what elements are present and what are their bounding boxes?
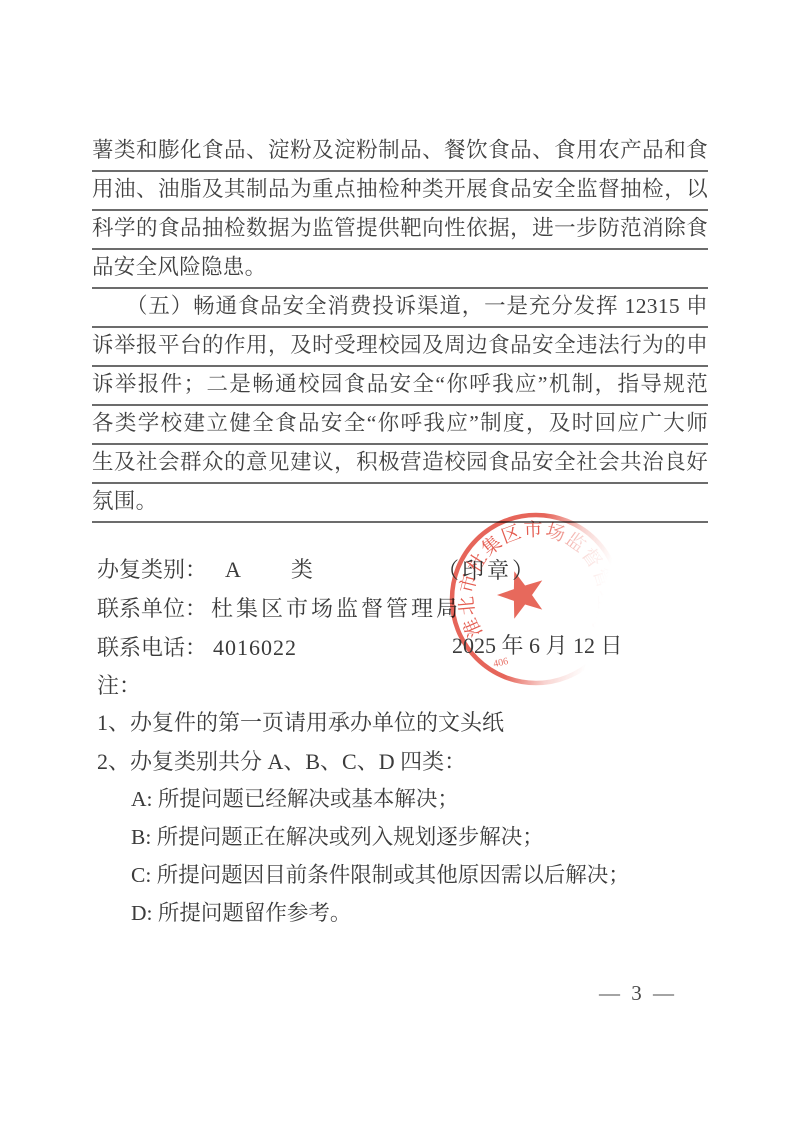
body-line: （五）畅通食品安全消费投诉渠道，一是充分发挥 12315 申 [92,289,708,328]
body-line: 各类学校建立健全食品安全“你呼我应”制度，及时回应广大师 [92,406,708,445]
contact-phone-value: 4016022 [213,635,297,660]
note-category-c: C: 所提问题因目前条件限制或其他原因需以后解决； [131,858,630,889]
reply-category-value: A [225,557,241,582]
document-page: 薯类和膨化食品、淀粉及淀粉制品、餐饮食品、食用农产品和食 用油、油脂及其制品为重… [0,0,793,1122]
contact-phone-row: 联系电话：4016022 [97,631,297,662]
page-number: — 3 — [599,981,677,1006]
body-text: 薯类和膨化食品、淀粉及淀粉制品、餐饮食品、食用农产品和食 用油、油脂及其制品为重… [92,133,708,523]
note-item-2: 2、办复类别共分 A、B、C、D 四类： [97,745,466,776]
seal-placeholder-note: （印章） [437,554,537,585]
contact-unit-row: 联系单位：杜集区市场监督管理局 [97,592,461,623]
note-category-b: B: 所提问题正在解决或列入规划逐步解决； [131,820,544,851]
official-seal: 淮北市杜集区市场监督管理局 406 [436,497,654,689]
contact-unit-label: 联系单位： [97,596,207,621]
reply-date: 2025 年 6 月 12 日 [452,629,623,660]
reply-category-row: 办复类别：A类 [97,553,313,584]
body-line: 诉举报平台的作用，及时受理校园及周边食品安全违法行为的申 [92,328,708,367]
body-line: 生及社会群众的意见建议，积极营造校园食品安全社会共治良好 [92,445,708,484]
note-category-a: A: 所提问题已经解决或基本解决； [131,782,459,813]
contact-unit-value: 杜集区市场监督管理局 [211,596,461,621]
reply-category-suffix: 类 [291,557,313,582]
body-line: 诉举报件；二是畅通校园食品安全“你呼我应”机制，指导规范 [92,367,708,406]
notes-heading: 注： [97,669,141,700]
note-item-1: 1、办复件的第一页请用承办单位的文头纸 [97,706,504,737]
body-line: 科学的食品抽检数据为监管提供靶向性依据，进一步防范消除食 [92,211,708,250]
reply-category-label: 办复类别： [97,557,207,582]
contact-phone-label: 联系电话： [97,635,207,660]
body-line: 薯类和膨化食品、淀粉及淀粉制品、餐饮食品、食用农产品和食 [92,133,708,172]
body-line: 品安全风险隐患。 [92,250,708,289]
body-line: 用油、油脂及其制品为重点抽检种类开展食品安全监督抽检，以 [92,172,708,211]
note-category-d: D: 所提问题留作参考。 [131,896,351,927]
